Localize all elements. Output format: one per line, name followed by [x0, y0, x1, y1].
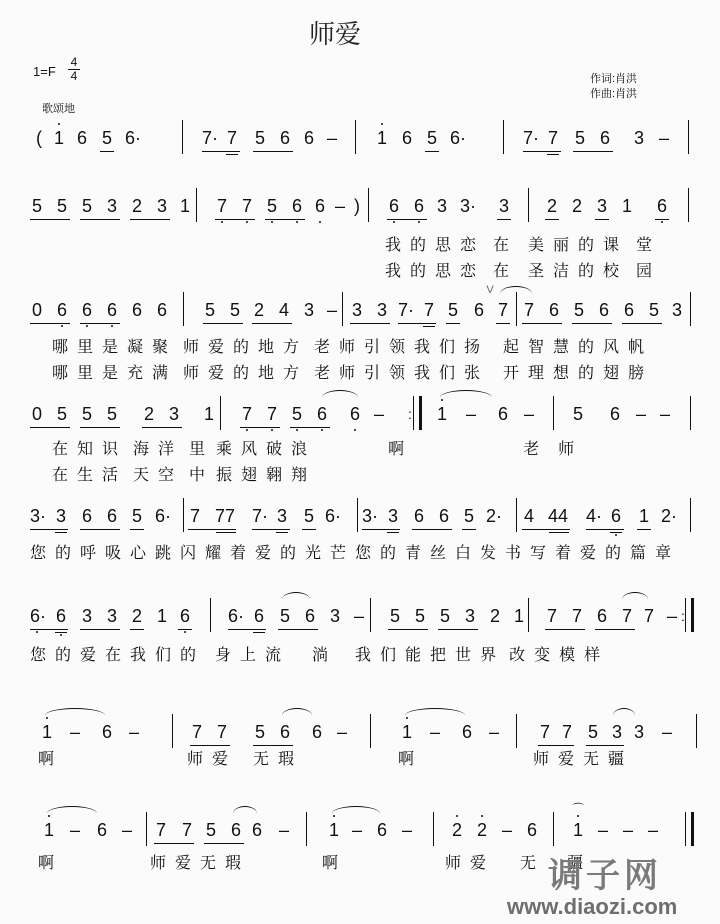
lyric-line: 我的思恋在美丽的课堂 — [385, 232, 661, 255]
beam-underline — [622, 323, 662, 324]
barline — [553, 396, 554, 430]
beam-underline — [522, 529, 570, 530]
barline — [183, 292, 184, 326]
note: 6 — [80, 300, 94, 321]
note: 6 — [229, 820, 243, 841]
note: 6 — [278, 128, 292, 149]
beam-underline — [130, 529, 144, 530]
beam-underline — [30, 427, 70, 428]
note: 3 — [105, 606, 119, 627]
barline — [342, 292, 343, 326]
note: 7 — [215, 196, 229, 217]
barline — [306, 812, 307, 846]
note: – — [657, 128, 671, 149]
note: – — [522, 404, 536, 425]
note: 7 — [215, 722, 229, 743]
note: 3 — [328, 606, 342, 627]
note: – — [333, 196, 347, 217]
note: 7 — [545, 606, 559, 627]
note: 5 — [278, 606, 292, 627]
beam-underline — [204, 843, 244, 844]
barline — [528, 188, 529, 222]
barline — [196, 188, 197, 222]
note: 1 — [435, 404, 449, 425]
note: – — [68, 820, 82, 841]
beam-underline — [398, 323, 436, 324]
note: 5 — [253, 128, 267, 149]
note: – — [120, 820, 134, 841]
barline — [183, 498, 184, 532]
note: – — [335, 722, 349, 743]
note: – — [621, 820, 635, 841]
note: – — [352, 606, 366, 627]
note: – — [500, 820, 514, 841]
note: – — [634, 404, 648, 425]
beam-underline — [55, 532, 67, 533]
slur-icon — [322, 390, 358, 405]
note: 6 — [595, 606, 609, 627]
beam-underline — [188, 529, 236, 530]
lyric-word: 师爱 — [187, 746, 237, 769]
beam-underline — [253, 151, 293, 152]
note: 3 — [435, 196, 449, 217]
system-5: 3·3 66 5 6· 777 7·3 5 6· 3·3 66 5 2· 444… — [20, 498, 700, 538]
note: 7 — [240, 196, 254, 217]
barline — [355, 120, 356, 154]
note: 3 — [610, 722, 624, 743]
beam-underline — [446, 323, 460, 324]
lyric-line: 哪里是充满师爱的地方老师引领我们张开理想的翅膀 — [52, 360, 653, 383]
note: 6 — [105, 506, 119, 527]
note: 3 — [80, 606, 94, 627]
note: 3· — [362, 506, 376, 527]
beam-underline — [80, 629, 120, 630]
note: 6 — [155, 300, 169, 321]
note: 7 — [240, 404, 254, 425]
note: 1 — [327, 820, 341, 841]
beam-underline — [30, 529, 68, 530]
beam-underline — [80, 529, 120, 530]
barline — [516, 292, 517, 326]
beam-underline — [240, 427, 280, 428]
time-sig-bottom: 4 — [68, 69, 80, 83]
barline — [685, 812, 694, 846]
note: 1 — [202, 404, 216, 425]
note: 2 — [142, 404, 156, 425]
note: 6 — [105, 300, 119, 321]
note: 6 — [95, 820, 109, 841]
time-signature: 4 4 — [68, 56, 80, 83]
beam-underline — [547, 154, 559, 155]
barline — [433, 812, 434, 846]
note: – — [596, 820, 610, 841]
note: 2 — [545, 196, 559, 217]
note: 3· — [30, 506, 44, 527]
note: – — [660, 722, 674, 743]
beam-underline — [265, 219, 305, 220]
slur-icon — [613, 708, 635, 723]
note: 7 — [560, 722, 574, 743]
note: 5 — [462, 506, 476, 527]
note: 1 — [375, 128, 389, 149]
beam-underline — [586, 529, 624, 530]
system-2: 55 53 23 1 77 56 6 –) 66 33· 3 2 2 3 1 6 — [20, 188, 700, 228]
note: 3 — [275, 506, 289, 527]
note: 7 — [188, 506, 202, 527]
note: 5 — [80, 196, 94, 217]
note: 6· — [30, 606, 44, 627]
lyric-word: 啊 — [322, 850, 347, 873]
note: 1 — [620, 196, 634, 217]
note: 5 — [30, 196, 44, 217]
note: 3 — [497, 196, 511, 217]
note: 6 — [348, 404, 362, 425]
beam-underline — [100, 151, 114, 152]
note: 0 — [30, 404, 44, 425]
beam-underline — [278, 629, 318, 630]
lyric-line: 在知识海洋里乘风破浪啊老师 — [52, 436, 583, 459]
note: 5 — [55, 196, 69, 217]
beam-underline — [595, 629, 635, 630]
barline — [370, 714, 371, 748]
beam-underline — [30, 323, 70, 324]
note: 3 — [386, 506, 400, 527]
note: 3· — [460, 196, 474, 217]
beam-underline — [388, 629, 428, 630]
performance-style: 歌颂地 — [42, 100, 75, 116]
note: – — [372, 404, 386, 425]
beam-underline — [154, 843, 194, 844]
note: 5 — [438, 606, 452, 627]
note: 1 — [178, 196, 192, 217]
note: 6 — [460, 722, 474, 743]
lyric-word: 无 — [520, 850, 545, 873]
beam-underline — [362, 529, 400, 530]
note: 4 — [522, 506, 536, 527]
note: 2 — [570, 196, 584, 217]
note: 5 — [265, 196, 279, 217]
note: 6· — [450, 128, 464, 149]
beam-underline — [290, 427, 330, 428]
barline — [690, 396, 691, 430]
barline — [690, 292, 691, 326]
beam-underline — [30, 629, 68, 630]
beam-underline — [545, 219, 559, 220]
note: 5 — [413, 606, 427, 627]
lyric-line: 我的思恋在圣洁的校园 — [385, 258, 661, 281]
note: 7 — [570, 606, 584, 627]
note: 6 — [412, 196, 426, 217]
note: – — [464, 404, 478, 425]
note: 3 — [105, 196, 119, 217]
note: 6 — [437, 506, 451, 527]
beam-underline — [130, 219, 170, 220]
note: 6 — [54, 606, 68, 627]
beam-underline — [216, 532, 236, 533]
note: – — [127, 722, 141, 743]
note: 6 — [608, 404, 622, 425]
note: 5 — [573, 128, 587, 149]
slur-icon — [440, 390, 492, 405]
note: – — [350, 820, 364, 841]
lyric-word: 师爱无疆 — [533, 746, 633, 769]
note: 6 — [313, 196, 327, 217]
note: 2 — [488, 606, 502, 627]
note: 6 — [100, 722, 114, 743]
note: 6 — [598, 128, 612, 149]
note: 1 — [155, 606, 169, 627]
note: 6 — [250, 820, 264, 841]
note: 3 — [302, 300, 316, 321]
lyric-word: 师爱无瑕 — [150, 850, 250, 873]
beam-underline — [276, 532, 288, 533]
note: 6 — [496, 404, 510, 425]
beam-underline — [130, 629, 144, 630]
note: 5 — [130, 506, 144, 527]
slur-icon — [233, 806, 257, 821]
note: – — [658, 404, 672, 425]
beam-underline — [253, 632, 265, 633]
note: 1 — [42, 820, 56, 841]
barline — [516, 498, 517, 532]
barline — [516, 714, 517, 748]
note: 6· — [325, 506, 339, 527]
beam-underline — [438, 629, 478, 630]
system-8: 1 – 6– 77 56 6– 1 – 6– 2 2 –6 1 ⌒ ––– — [20, 812, 700, 852]
lyricist: 作词:肖洪 — [590, 72, 637, 87]
note: 6 — [597, 300, 611, 321]
note: – — [646, 820, 660, 841]
note: 6 — [472, 300, 486, 321]
note: 6 — [80, 506, 94, 527]
slur-icon — [622, 592, 648, 607]
barline — [413, 396, 422, 430]
note: 7 — [422, 300, 436, 321]
note: 7· — [202, 128, 216, 149]
beam-underline — [425, 151, 439, 152]
beam-underline — [30, 219, 70, 220]
beam-underline — [573, 151, 613, 152]
note: 6 — [400, 128, 414, 149]
note: 2 — [450, 820, 464, 841]
slur-icon — [47, 806, 97, 821]
note: 1 — [512, 606, 526, 627]
system-6: 6·6 33 2 1 6 6·6 56 3– 55 53 21 77 67 7–… — [20, 598, 700, 638]
beam-underline — [595, 219, 609, 220]
note: 5 — [228, 300, 242, 321]
barline — [182, 120, 183, 154]
note: 6 — [315, 404, 329, 425]
slur-icon — [282, 592, 310, 607]
note: 5 — [647, 300, 661, 321]
lyric-word: 啊 — [38, 850, 63, 873]
note: 1 — [40, 722, 54, 743]
note: 2 — [130, 606, 144, 627]
note: 6 — [375, 820, 389, 841]
note: 2 — [130, 196, 144, 217]
beam-underline — [655, 219, 669, 220]
note: 5 — [446, 300, 460, 321]
barline — [368, 188, 369, 222]
barline — [688, 188, 689, 222]
note: 3 — [463, 606, 477, 627]
system-4: 05 55 23 1 77 56 6 – : 1 – 6 – 5 6 –– — [20, 396, 700, 436]
note: 2 — [252, 300, 266, 321]
note: 4 — [277, 300, 291, 321]
note: – — [325, 128, 339, 149]
note: 3 — [595, 196, 609, 217]
slur-icon — [405, 708, 465, 723]
note: 5 — [253, 722, 267, 743]
note: 6 — [290, 196, 304, 217]
note: 6 — [303, 606, 317, 627]
beam-underline — [423, 326, 435, 327]
time-sig-top: 4 — [68, 56, 80, 69]
note: 44 — [548, 506, 562, 527]
note: 77 — [215, 506, 229, 527]
beam-underline — [203, 323, 243, 324]
composer: 作曲:肖洪 — [590, 87, 637, 102]
watermark-url: www.diaozi.com — [507, 894, 677, 920]
note: 3 — [632, 722, 646, 743]
lyric-line: 您的呼吸心跳闪耀着爱的光芒您的青丝白发书写着爱的篇章 — [30, 540, 680, 563]
lyric-word: 啊 — [38, 746, 63, 769]
beam-underline — [302, 529, 316, 530]
note: – — [400, 820, 414, 841]
note: 2· — [661, 506, 675, 527]
system-1: ( 1 6 5 6· 7· 7 5 6 6 – 1 6 5 6· 7· 7 5 … — [20, 120, 700, 160]
note: 2· — [486, 506, 500, 527]
beam-underline — [610, 532, 622, 533]
note: 1 — [52, 128, 66, 149]
barline — [357, 498, 358, 532]
note: 1 — [637, 506, 651, 527]
note: 1 — [400, 722, 414, 743]
beam-underline — [215, 219, 255, 220]
note: – — [277, 820, 291, 841]
note: 7 — [642, 606, 656, 627]
note: 6 — [622, 300, 636, 321]
barline — [553, 812, 554, 846]
note: 5 — [571, 404, 585, 425]
barline — [220, 396, 221, 430]
note: 6 — [178, 606, 192, 627]
note: 5 — [80, 404, 94, 425]
lyric-word: 啊 — [398, 746, 423, 769]
lyric-word: 师爱 — [445, 850, 495, 873]
note: ) — [350, 196, 364, 217]
note: – — [487, 722, 501, 743]
note: 4· — [586, 506, 600, 527]
beam-underline — [549, 532, 569, 533]
slur-icon — [332, 806, 380, 821]
note: 3 — [350, 300, 364, 321]
beam-underline — [523, 151, 561, 152]
note: 6 — [525, 820, 539, 841]
barline — [688, 120, 689, 154]
note: 7 — [496, 300, 510, 321]
beam-underline — [252, 529, 290, 530]
credits: 作词:肖洪 作曲:肖洪 — [590, 72, 637, 102]
note: 7· — [252, 506, 266, 527]
beam-underline — [637, 529, 651, 530]
note: 7 — [522, 300, 536, 321]
note: 3 — [670, 300, 684, 321]
beam-underline — [497, 219, 511, 220]
barline — [370, 598, 371, 632]
beam-underline — [178, 629, 192, 630]
note: 5 — [388, 606, 402, 627]
note: – — [68, 722, 82, 743]
beam-underline — [522, 323, 562, 324]
beam-underline — [496, 323, 510, 324]
note: 6· — [155, 506, 169, 527]
note: 7 — [190, 722, 204, 743]
note: 1 — [571, 820, 585, 841]
beam-underline — [202, 151, 240, 152]
barline — [503, 120, 504, 154]
watermark-logo: 调子网 — [548, 848, 662, 897]
note: 6 — [130, 300, 144, 321]
note: 3 — [54, 506, 68, 527]
barline — [146, 812, 147, 846]
beam-underline — [80, 323, 120, 324]
beam-underline — [80, 219, 120, 220]
note: – — [325, 300, 339, 321]
note: 5 — [203, 300, 217, 321]
note: 2 — [475, 820, 489, 841]
note: 7· — [398, 300, 412, 321]
lyric-line: 哪里是凝聚师爱的地方老师引领我们扬起智慧的风帆 — [52, 334, 653, 357]
note: 6 — [75, 128, 89, 149]
note: 6 — [252, 606, 266, 627]
note: 7 — [546, 128, 560, 149]
note: 5 — [204, 820, 218, 841]
beam-underline — [572, 323, 612, 324]
note: 6 — [55, 300, 69, 321]
slur-icon — [282, 708, 312, 723]
note: 6 — [278, 722, 292, 743]
note: 6· — [228, 606, 242, 627]
beam-underline — [142, 427, 182, 428]
note: 6 — [547, 300, 561, 321]
slur-icon — [45, 708, 105, 723]
note: ( — [32, 128, 46, 149]
note: 5 — [290, 404, 304, 425]
note: 5 — [302, 506, 316, 527]
lyric-line: 您的爱在我们的身上流淌我们能把世界改变模样 — [30, 642, 609, 665]
beam-underline — [462, 529, 476, 530]
beam-underline — [350, 323, 390, 324]
note: 6 — [302, 128, 316, 149]
barline — [210, 598, 211, 632]
note: 5 — [586, 722, 600, 743]
beam-underline — [252, 323, 292, 324]
note: 6 — [655, 196, 669, 217]
note: 5 — [425, 128, 439, 149]
beam-underline — [226, 154, 238, 155]
note: 6 — [387, 196, 401, 217]
note: 7 — [620, 606, 634, 627]
key-signature: 1=F — [33, 64, 56, 79]
beam-underline — [387, 219, 427, 220]
note: 7 — [538, 722, 552, 743]
note: 7 — [225, 128, 239, 149]
note: 7 — [265, 404, 279, 425]
beam-underline — [412, 529, 452, 530]
fermata-icon: ⌒ — [571, 800, 585, 817]
note: 5 — [55, 404, 69, 425]
